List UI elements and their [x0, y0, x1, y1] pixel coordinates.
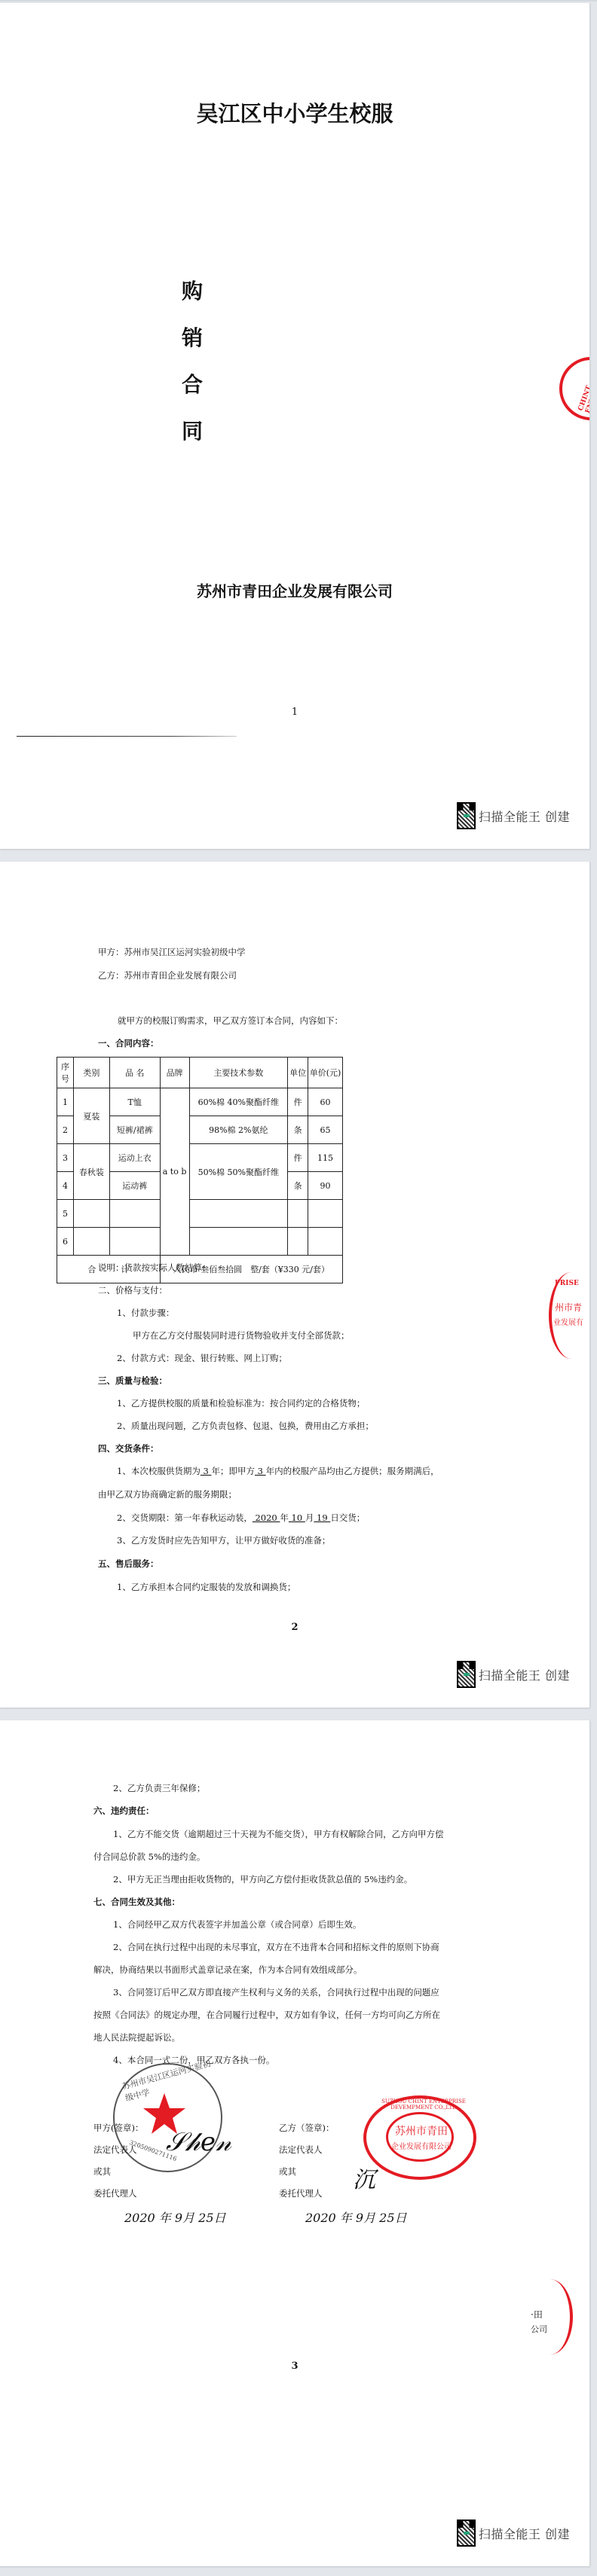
- cell-brand: a to b: [160, 1088, 189, 1256]
- clause: 1、乙方提供校服的质量和检验标准为：按合同约定的合格货物；: [117, 1397, 365, 1409]
- intro-text: 就甲方的校服订购需求，甲乙双方签订本合同，内容如下：: [118, 1015, 343, 1027]
- or-label: 或其: [279, 2165, 296, 2178]
- section-heading: 四、交货条件：: [98, 1442, 159, 1454]
- cell-name: 运动裤: [109, 1172, 160, 1200]
- watermark-label: 扫描全能王 创建: [479, 1666, 570, 1683]
- cell-name: T恤: [109, 1088, 160, 1116]
- delivery-month: 10: [289, 1512, 305, 1523]
- cell-category: [73, 1228, 109, 1256]
- cell-category: 夏装: [73, 1088, 109, 1144]
- section-heading: 五、售后服务：: [98, 1558, 159, 1570]
- party-b: 乙方：苏州市青田企业发展有限公司: [98, 969, 237, 981]
- header-cell: 类别: [73, 1058, 109, 1088]
- watermark-label: 扫描全能王 创建: [479, 807, 570, 825]
- clause: 3、乙方发货时应先告知甲方，让甲方做好收货的准备；: [117, 1534, 330, 1546]
- page-number: 3: [0, 2361, 589, 2372]
- legal-rep-label: 法定代表人: [279, 2144, 323, 2156]
- party-b-sign-label: 乙方（签章)：: [279, 2122, 335, 2134]
- header-cell: 品牌: [160, 1058, 189, 1088]
- cell-spec: [189, 1200, 288, 1228]
- cell-unit: 件: [288, 1144, 308, 1172]
- cell-spec: 50%棉 50%聚酯纤维: [189, 1144, 288, 1200]
- party-a-date: 2020 年 9月 25日: [124, 2208, 226, 2226]
- party-a-signature: 𝒮𝒽𝑒𝓃: [166, 2127, 231, 2157]
- cell-no: 6: [57, 1228, 74, 1256]
- cell-category: [73, 1200, 109, 1228]
- page-3: 2、乙方负责三年保修； 六、违约责任： 1、乙方不能交货（逾期超过三十天视为不能…: [0, 1720, 590, 2566]
- cell-price: [308, 1200, 343, 1228]
- party-b-signature: 沉: [353, 2161, 375, 2194]
- table-row: 1 夏装 T恤 a to b 60%棉 40%聚酯纤维 件 60: [57, 1088, 343, 1116]
- clause: 2、付款方式：现金、银行转账、网上订购；: [117, 1352, 287, 1364]
- cell-name: 运动上衣: [109, 1144, 160, 1172]
- cell-category: 春秋装: [73, 1144, 109, 1200]
- legal-rep-label: 法定代表人: [93, 2144, 137, 2156]
- agent-label: 委托代理人: [93, 2187, 137, 2199]
- party-a: 甲方：苏州市吴江区运河实验初级中学: [98, 946, 246, 958]
- company-seal-partial: CHINT ENTERPRISE: [559, 357, 590, 420]
- scanner-watermark: 扫描全能王 创建: [457, 802, 570, 829]
- header-cell: 单位: [288, 1058, 308, 1088]
- clause: 2、交货期限：第一年春秋运动装， 2020 年 10 月 19 日交货；: [117, 1512, 365, 1524]
- cell-name: 短裤/裙裤: [109, 1116, 160, 1144]
- section-heading: 七、合同生效及其他：: [93, 1896, 180, 1908]
- cover-company-name: 苏州市青田企业发展有限公司: [0, 579, 589, 601]
- qr-code-icon: [457, 2520, 476, 2547]
- scanner-watermark: 扫描全能王 创建: [457, 2520, 570, 2547]
- vertical-contract-title: 购 销 合 同: [181, 278, 204, 465]
- cell-spec: 60%棉 40%聚酯纤维: [189, 1088, 288, 1116]
- cell-price: [308, 1228, 343, 1256]
- clause: 按照《合同法》的规定办理，在合同履行过程中，双方如有争议，任何一方均可向乙方所在: [93, 2009, 440, 2021]
- header-cell: 主要技术参数: [189, 1058, 288, 1088]
- header-cell: 序号: [57, 1058, 74, 1088]
- cell-spec: 98%棉 2%氨纶: [189, 1116, 288, 1144]
- cell-unit: 件: [288, 1088, 308, 1116]
- clause: 地人民法院提起诉讼。: [93, 2031, 180, 2043]
- section-heading: 三、质量与检验：: [98, 1375, 167, 1387]
- agent-label: 委托代理人: [279, 2187, 323, 2199]
- clause: 1、乙方不能交货（逾期超过三十天视为不能交货），甲方有权解除合同，乙方向甲方偿: [113, 1828, 444, 1840]
- clause: 1、本次校服供货期为 3 年；即甲方 3 年内的校服产品均由乙方提供；服务期满后…: [117, 1465, 439, 1477]
- or-label: 或其: [93, 2165, 111, 2178]
- qr-code-icon: [457, 802, 476, 829]
- delivery-year: 2020: [253, 1512, 280, 1523]
- cover-title: 吴江区中小学生校服: [0, 97, 589, 128]
- clause: 2、合同在执行过程中出现的未尽事宜，双方在不违背本合同和招标文件的原则下协商: [113, 1941, 439, 1953]
- section-heading: 二、价格与支付：: [98, 1284, 167, 1296]
- party-a-sign-label: 甲方(签章)：: [93, 2122, 143, 2134]
- supply-years: 3: [201, 1466, 212, 1476]
- clause: 1、付款步骤：: [117, 1307, 174, 1319]
- note: 说明：货款按实际人数结算；: [98, 1262, 211, 1274]
- cell-unit: [288, 1200, 308, 1228]
- clause: 1、合同经甲乙双方代表签字并加盖公章（或合同章）后即生效。: [113, 1918, 361, 1930]
- supply-years: 3: [255, 1466, 266, 1476]
- party-b-seal: 苏州市青田 企业发展有限公司 SUZHOU CHINT ENTERPRISE D…: [363, 2095, 476, 2180]
- table-row: 3 春秋装 运动上衣 50%棉 50%聚酯纤维 件 115: [57, 1144, 343, 1172]
- watermark-label: 扫描全能王 创建: [479, 2525, 570, 2542]
- cell-price: 65: [308, 1116, 343, 1144]
- cell-unit: 条: [288, 1172, 308, 1200]
- company-seal-partial: PRISE 州市青 业发展有: [549, 1272, 590, 1359]
- clause: 2、甲方无正当理由拒收货物的，甲方向乙方偿付拒收货款总值的 5%违约金。: [113, 1873, 412, 1885]
- page-1: 吴江区中小学生校服 购 销 合 同 苏州市青田企业发展有限公司 1 CHINT …: [0, 3, 590, 849]
- cell-no: 4: [57, 1172, 74, 1200]
- section-heading: 六、违约责任：: [93, 1805, 155, 1817]
- header-cell: 品 名: [109, 1058, 160, 1088]
- party-b-date: 2020 年 9月 25日: [305, 2208, 407, 2226]
- document-viewer[interactable]: 吴江区中小学生校服 购 销 合 同 苏州市青田企业发展有限公司 1 CHINT …: [0, 0, 597, 2576]
- cell-no: 1: [57, 1088, 74, 1116]
- cell-unit: 条: [288, 1116, 308, 1144]
- page-2: 甲方：苏州市吴江区运河实验初级中学 乙方：苏州市青田企业发展有限公司 就甲方的校…: [0, 862, 590, 1708]
- cell-no: 3: [57, 1144, 74, 1172]
- clause: 解决，协商结果以书面形式盖章记录在案，作为本合同有效组成部分。: [93, 1964, 363, 1976]
- company-seal-partial: ·田 公司: [528, 2279, 573, 2355]
- delivery-day: 19: [314, 1512, 330, 1523]
- table-row: 6: [57, 1228, 343, 1256]
- clause: 2、乙方负责三年保修；: [113, 1782, 205, 1794]
- clause: 付合同总价款 5%的违约金。: [93, 1851, 205, 1863]
- table-row: 5: [57, 1200, 343, 1228]
- cell-spec: [189, 1228, 288, 1256]
- clause: 甲方在乙方交付服装同时进行货物验收并支付全部货款；: [133, 1329, 350, 1341]
- vertical-title-char: 同: [181, 418, 204, 465]
- clause: 2、质量出现问题，乙方负责包修、包退、包换，费用由乙方承担；: [117, 1420, 374, 1432]
- section-heading: 一、合同内容：: [98, 1037, 159, 1049]
- vertical-title-char: 销: [181, 325, 204, 371]
- table-header-row: 序号 类别 品 名 品牌 主要技术参数 单位 单价(元): [57, 1058, 343, 1088]
- header-cell: 单价(元): [308, 1058, 343, 1088]
- clause: 3、合同签订后甲乙双方即直接产生权利与义务的关系，合同执行过程中出现的问题应: [113, 1986, 439, 1998]
- clause: 1、乙方承担本合同约定服装的发放和调换货；: [117, 1581, 295, 1593]
- cell-unit: [288, 1228, 308, 1256]
- cell-price: 90: [308, 1172, 343, 1200]
- qr-code-icon: [457, 1661, 476, 1688]
- clause: 由甲乙双方协商确定新的服务期限；: [98, 1488, 237, 1500]
- vertical-title-char: 购: [181, 278, 204, 325]
- cell-no: 5: [57, 1200, 74, 1228]
- page-number: 1: [0, 707, 589, 718]
- items-table: 序号 类别 品 名 品牌 主要技术参数 单位 单价(元) 1 夏装 T恤 a t…: [57, 1057, 343, 1283]
- vertical-title-char: 合: [181, 371, 204, 418]
- cell-name: [109, 1200, 160, 1228]
- divider: [17, 736, 237, 737]
- cell-name: [109, 1228, 160, 1256]
- page-number: 2: [0, 1622, 589, 1633]
- scanner-watermark: 扫描全能王 创建: [457, 1661, 570, 1688]
- cell-price: 60: [308, 1088, 343, 1116]
- cell-price: 115: [308, 1144, 343, 1172]
- cell-no: 2: [57, 1116, 74, 1144]
